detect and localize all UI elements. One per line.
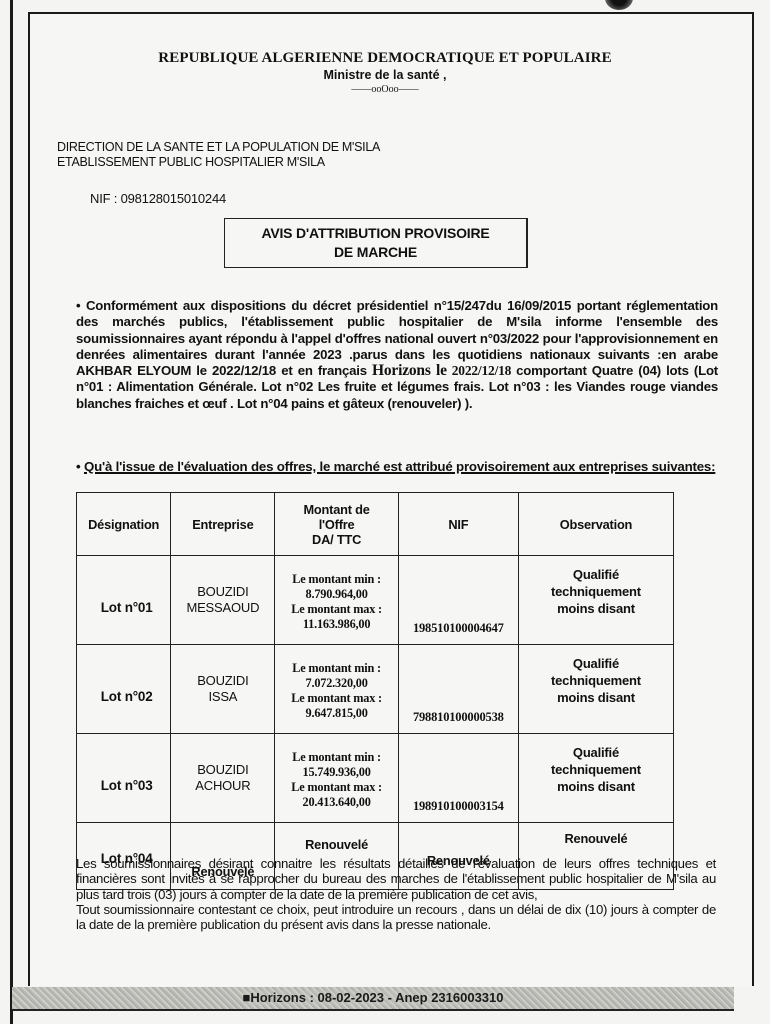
cell-montant: Le montant min :15.749.936,00Le montant …: [275, 734, 398, 823]
footer-paragraph-1: Les soumissionnaires désirant connaitre …: [76, 856, 716, 902]
table-row: Lot n°01 BOUZIDIMESSAOUD Le montant min …: [77, 556, 674, 645]
col-nif: NIF: [398, 493, 518, 556]
cell-observation: Qualifiétechniquementmoins disant: [518, 645, 673, 734]
title-line-1: AVIS D'ATTRIBUTION PROVISOIRE: [225, 224, 526, 243]
direction-name: DIRECTION DE LA SANTE ET LA POPULATION D…: [57, 140, 380, 155]
col-montant-l2: l'Offre: [275, 517, 397, 532]
col-montant-l3: DA/ TTC: [275, 532, 397, 547]
publication-date: 2022/12/18: [447, 363, 516, 378]
cell-lot: Lot n°01: [77, 556, 171, 645]
newspaper-name: Horizons le: [372, 362, 447, 379]
establishment-name: ETABLISSEMENT PUBLIC HOSPITALIER M'SILA: [57, 155, 380, 170]
table-header-row: Désignation Entreprise Montant de l'Offr…: [77, 493, 674, 556]
notice-title: AVIS D'ATTRIBUTION PROVISOIRE DE MARCHE: [224, 218, 528, 268]
col-entreprise: Entreprise: [171, 493, 275, 556]
intro-paragraph: • Conformément aux dispositions du décre…: [76, 298, 718, 412]
cell-nif: 198510100004647: [398, 556, 518, 645]
page-left-rule: [10, 0, 13, 1024]
cell-observation: Qualifiétechniquementmoins disant: [518, 734, 673, 823]
cell-observation: Qualifiétechniquementmoins disant: [518, 556, 673, 645]
footer-paragraph-2: Tout soumissionnaire contestant ce choix…: [76, 902, 716, 933]
publication-reference: ■Horizons : 08-02-2023 - Anep 2316003310: [243, 990, 504, 1005]
result-intro-text: Qu'à l'issue de l'évaluation des offres,…: [84, 459, 715, 474]
cell-lot: Lot n°02: [77, 645, 171, 734]
table-row: Lot n°03 BOUZIDIACHOUR Le montant min :1…: [77, 734, 674, 823]
cell-entreprise: BOUZIDIMESSAOUD: [171, 556, 275, 645]
heading-ornament: ——ooOoo——: [0, 84, 770, 95]
ministry-heading: Ministre de la santé ,: [0, 68, 770, 82]
republic-heading: REPUBLIQUE ALGERIENNE DEMOCRATIQUE ET PO…: [0, 50, 770, 67]
col-montant: Montant de l'Offre DA/ TTC: [275, 493, 398, 556]
issuer-block: DIRECTION DE LA SANTE ET LA POPULATION D…: [57, 140, 380, 170]
table-row: Lot n°02 BOUZIDIISSA Le montant min :7.0…: [77, 645, 674, 734]
issuer-nif: NIF : 098128015010244: [90, 191, 226, 206]
ink-blot: [605, 0, 633, 10]
footer-notes: Les soumissionnaires désirant connaitre …: [76, 856, 716, 932]
award-table: Désignation Entreprise Montant de l'Offr…: [76, 492, 674, 890]
col-montant-l1: Montant de: [275, 502, 397, 517]
cell-lot: Lot n°03: [77, 734, 171, 823]
title-line-2: DE MARCHE: [225, 243, 526, 262]
cell-nif: 198910100003154: [398, 734, 518, 823]
col-designation: Désignation: [77, 493, 171, 556]
result-intro: • Qu'à l'issue de l'évaluation des offre…: [76, 459, 718, 474]
publication-band: ■Horizons : 08-02-2023 - Anep 2316003310: [12, 987, 734, 1011]
cell-entreprise: BOUZIDIACHOUR: [171, 734, 275, 823]
bullet: •: [76, 459, 84, 474]
col-observation: Observation: [518, 493, 673, 556]
cell-montant: Le montant min :8.790.964,00Le montant m…: [275, 556, 398, 645]
cell-entreprise: BOUZIDIISSA: [171, 645, 275, 734]
cell-montant: Le montant min :7.072.320,00Le montant m…: [275, 645, 398, 734]
cell-nif: 798810100000538: [398, 645, 518, 734]
